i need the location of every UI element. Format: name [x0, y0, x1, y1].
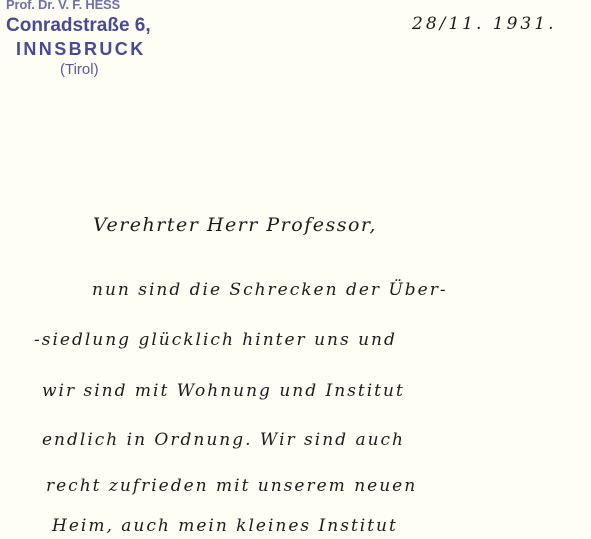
letterhead-name: Prof. Dr. V. F. HESS [0, 0, 190, 14]
body-line: endlich in Ordnung. Wir sind auch [42, 430, 405, 450]
letterhead-city: INNSBRUCK [0, 38, 190, 60]
body-line: recht zufrieden mit unserem neuen [46, 476, 417, 496]
letter-page: Prof. Dr. V. F. HESS Conradstraße 6, INN… [0, 0, 591, 539]
body-line: wir sind mit Wohnung und Institut [42, 381, 405, 401]
letterhead-street: Conradstraße 6, [0, 14, 190, 38]
letterhead-region: (Tirol) [0, 60, 190, 80]
body-line: nun sind die Schrecken der Über- [92, 280, 448, 300]
body-line: Heim, auch mein kleines Institut [52, 516, 398, 536]
body-line: -siedlung glücklich hinter uns und [34, 330, 397, 350]
letter-salutation: Verehrter Herr Professor, [93, 214, 377, 236]
letterhead-stamp: Prof. Dr. V. F. HESS Conradstraße 6, INN… [0, 0, 190, 80]
letter-date: 28/11. 1931. [412, 14, 556, 34]
